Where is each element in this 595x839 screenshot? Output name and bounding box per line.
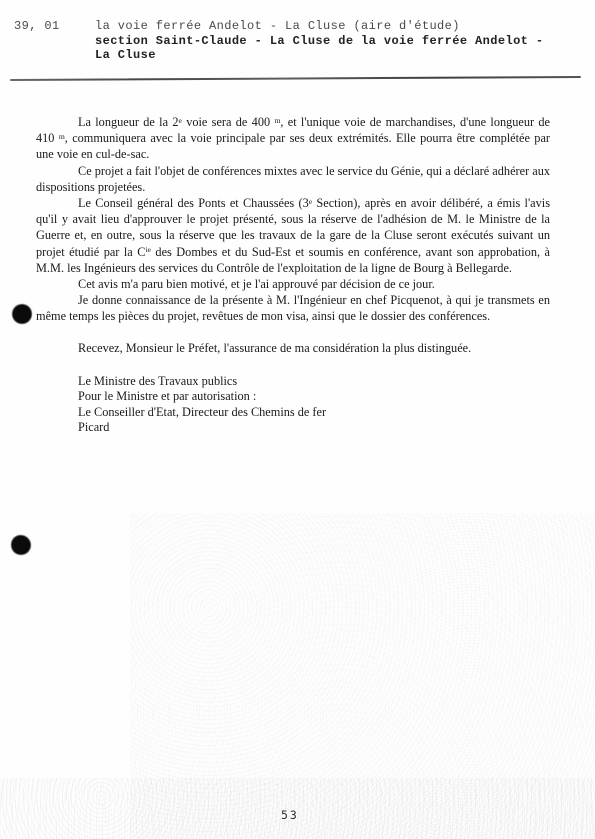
- closing-formula: Recevez, Monsieur le Préfet, l'assurance…: [36, 340, 550, 356]
- title-line-1: la voie ferrée Andelot - La Cluse (aire …: [95, 19, 543, 34]
- superscript: m: [59, 132, 65, 141]
- signature-line-2: Pour le Ministre et par autorisation :: [78, 389, 550, 404]
- superscript: e: [179, 116, 182, 125]
- header-divider-line: [10, 76, 581, 81]
- paragraph-avis-approuve: Cet avis m'a paru bien motivé, et je l'a…: [36, 276, 550, 292]
- signature-line-3: Le Conseiller d'Etat, Directeur des Chem…: [78, 405, 550, 420]
- superscript: e: [309, 197, 312, 206]
- superscript: ie: [145, 245, 151, 254]
- title-line-3: La Cluse: [95, 48, 543, 63]
- signature-line-1: Le Ministre des Travaux publics: [78, 374, 550, 389]
- page-number: 53: [281, 808, 299, 822]
- paragraph-picquenot: Je donne connaissance de la présente à M…: [36, 292, 550, 324]
- hole-punch-dot: [13, 305, 31, 323]
- text-segment: voie sera de 400: [182, 115, 275, 129]
- scan-noise-texture: [130, 513, 595, 839]
- header-titles: la voie ferrée Andelot - La Cluse (aire …: [95, 19, 543, 63]
- scanned-document-page: 39, 01 la voie ferrée Andelot - La Cluse…: [0, 0, 595, 839]
- letter-body: La longueur de la 2e voie sera de 400 m,…: [36, 114, 550, 435]
- text-segment: , communiquera avec la voie principale p…: [36, 131, 550, 161]
- text-segment: La longueur de la 2: [78, 115, 179, 129]
- page-header: 39, 01 la voie ferrée Andelot - La Cluse…: [14, 19, 585, 63]
- hole-punch-dot: [12, 536, 30, 554]
- signature-block: Le Ministre des Travaux publics Pour le …: [78, 374, 550, 436]
- text-segment: Le Conseil général des Ponts et Chaussée…: [78, 196, 309, 210]
- superscript: m: [274, 116, 280, 125]
- paragraph-conseil-general: Le Conseil général des Ponts et Chaussée…: [36, 195, 550, 276]
- paragraph-conferences-mixtes: Ce projet a fait l'objet de conférences …: [36, 163, 550, 195]
- paragraph-track-lengths: La longueur de la 2e voie sera de 400 m,…: [36, 114, 550, 163]
- title-line-2: section Saint-Claude - La Cluse de la vo…: [95, 34, 543, 49]
- signature-line-4: Picard: [78, 420, 550, 435]
- reference-code: 39, 01: [14, 19, 95, 34]
